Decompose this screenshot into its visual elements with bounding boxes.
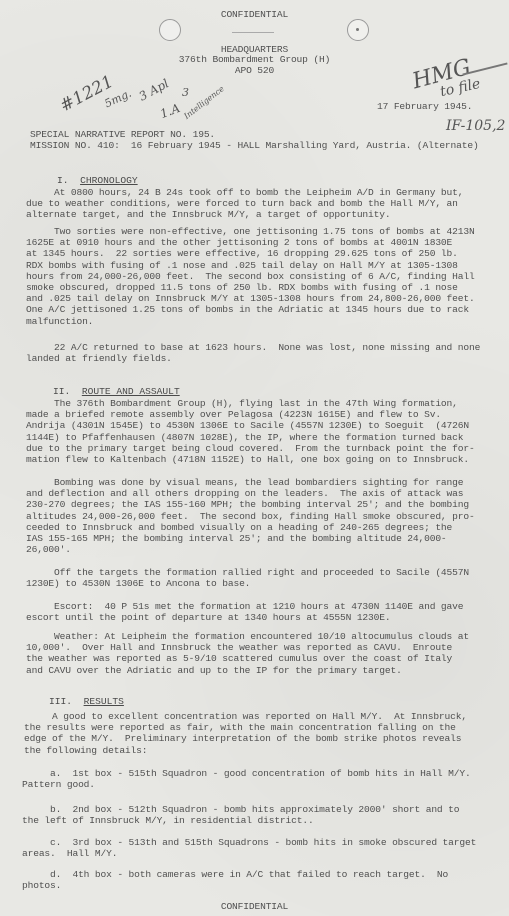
section-title: ROUTE AND ASSAULT <box>82 386 180 397</box>
escort-paragraph: Escort: 40 P 51s met the formation at 12… <box>26 601 476 623</box>
chronology-paragraph-1: At 0800 hours, 24 B 24s took off to bomb… <box>26 187 476 221</box>
report-date: 17 February 1945. <box>377 101 472 112</box>
results-item-b: b. 2nd box - 512th Squadron - bomb hits … <box>22 804 472 826</box>
section-number: I. <box>57 175 69 186</box>
results-paragraph: A good to excellent concentration was re… <box>24 711 474 756</box>
document-page: CONFIDENTIAL HEADQUARTERS 376th Bombardm… <box>0 0 509 916</box>
route-paragraph-2: Bombing was done by visual means, the le… <box>26 477 476 555</box>
report-title: SPECIAL NARRATIVE REPORT NO. 195. <box>30 129 215 140</box>
handwritten-note-3: 3 <box>182 86 189 99</box>
handwritten-note-4: 1.A <box>158 101 182 121</box>
header-rule <box>232 32 274 33</box>
chronology-paragraph-2: Two sorties were non-effective, one jett… <box>26 226 476 327</box>
handwritten-file-ref: IF-105,2 <box>446 118 505 134</box>
weather-paragraph: Weather: At Leipheim the formation encou… <box>26 631 476 676</box>
handwritten-note-2: 3 Apl <box>137 76 172 103</box>
route-paragraph-3: Off the targets the formation rallied ri… <box>26 567 476 589</box>
results-item-c: c. 3rd box - 513th and 515th Squadrons -… <box>22 837 472 859</box>
classification-top: CONFIDENTIAL <box>0 9 509 20</box>
section-number: II. <box>53 386 70 397</box>
chronology-paragraph-3: 22 A/C returned to base at 1623 hours. N… <box>26 342 476 364</box>
section-number: III. <box>49 696 72 707</box>
classification-bottom: CONFIDENTIAL <box>0 901 509 912</box>
punch-hole-right <box>347 19 369 41</box>
results-item-a: a. 1st box - 515th Squadron - good conce… <box>22 768 472 790</box>
results-item-d: d. 4th box - both cameras were in A/C th… <box>22 869 472 891</box>
section-title: RESULTS <box>84 696 124 707</box>
mission-line: MISSION NO. 410: 16 February 1945 - HALL… <box>30 140 479 151</box>
route-paragraph-1: The 376th Bombardment Group (H), flying … <box>26 398 476 465</box>
punch-hole-left <box>159 19 181 41</box>
section-title: CHRONOLOGY <box>80 175 138 186</box>
